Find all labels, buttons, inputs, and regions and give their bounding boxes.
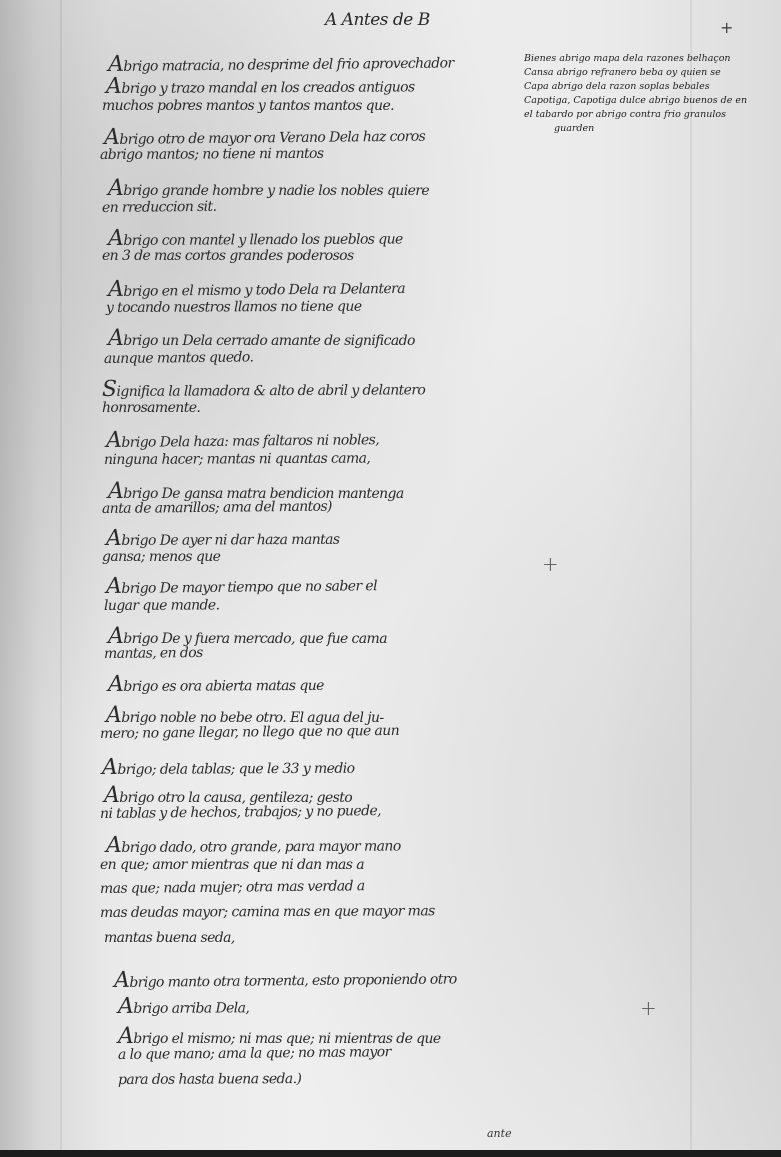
entry-continuation-line: lugar que mande. xyxy=(104,597,219,614)
entry-headword-line: Significa la llamadora & alto de abril y… xyxy=(102,375,425,402)
entry-continuation-line: a lo que mano; ama la que; no mas mayor xyxy=(118,1044,391,1063)
margin-note-line: el tabardo por abrigo contra frio granul… xyxy=(524,108,779,122)
margin-note: Bienes abrigo mapa dela razones belhaçon… xyxy=(524,52,779,136)
manuscript-page: A Antes de B + Bienes abrigo mapa dela r… xyxy=(0,0,781,1150)
page-header: A Antes de B xyxy=(325,10,430,30)
cross-mark-icon: + xyxy=(542,552,559,576)
paper-fold xyxy=(690,0,692,1150)
entry-continuation-line: para dos hasta buena seda.) xyxy=(118,1071,301,1088)
entry-continuation-line: y tocando nuestros llamos no tiene que xyxy=(106,299,362,316)
entry-continuation-line: mantas buena seda, xyxy=(104,930,235,946)
entry-continuation-line: aunque mantos quedo. xyxy=(104,349,253,367)
margin-note-line: guarden xyxy=(524,122,779,136)
entry-continuation-line: abrigo mantos; no tiene ni mantos xyxy=(100,146,324,163)
entry-continuation-line: honrosamente. xyxy=(102,400,200,416)
entry-continuation-line: en que; amor mientras que ni dan mas a xyxy=(100,857,364,873)
entry-continuation-line: ni tablas y de hechos, trabajos; y no pu… xyxy=(100,803,381,822)
margin-note-line: Cansa abrigo refranero beba oy quien se xyxy=(524,66,779,80)
entry-headword-line: Abrigo arriba Dela, xyxy=(118,993,249,1019)
margin-note-line: Capotiga, Capotiga dulce abrigo buenos d… xyxy=(524,94,779,108)
margin-note-line: Bienes abrigo mapa dela razones belhaçon xyxy=(524,52,779,66)
entry-headword-line: Abrigo dado, otro grande, para mayor man… xyxy=(106,831,401,858)
margin-note-line: Capa abrigo dela razon soplas bebales xyxy=(524,80,779,94)
entry-continuation-line: mas deudas mayor; camina mas en que mayo… xyxy=(100,903,435,921)
corner-cross-mark: + xyxy=(720,18,733,37)
entry-headword-line: Abrigo es ora abierta matas que xyxy=(108,671,324,697)
entry-continuation-line: anta de amarillos; ama del mantos) xyxy=(102,499,332,517)
entry-continuation-line: ninguna hacer; mantas ni quantas cama, xyxy=(104,451,370,468)
entry-headword-line: Abrigo De mayor tiempo que no saber el xyxy=(106,571,377,599)
entry-continuation-line: en 3 de mas cortos grandes poderosos xyxy=(102,248,354,264)
entry-continuation-line: en rreduccion sit. xyxy=(102,199,217,216)
entry-continuation-line: muchos pobres mantos y tantos mantos que… xyxy=(102,98,394,114)
entry-continuation-line: mas que; nada mujer; otra mas verdad a xyxy=(100,878,365,897)
entry-headword-line: Abrigo grande hombre y nadie los nobles … xyxy=(108,176,429,201)
entry-headword-line: Abrigo un Dela cerrado amante de signifi… xyxy=(108,326,415,351)
entry-headword-line: Abrigo y trazo mandal en los creados ant… xyxy=(106,72,415,99)
entry-headword-line: Abrigo Dela haza: mas faltaros ni nobles… xyxy=(106,425,379,453)
entry-headword-line: Abrigo; dela tablas; que le 33 y medio xyxy=(102,754,355,780)
catchword: ante xyxy=(487,1127,512,1140)
entry-continuation-line: mantas, en dos xyxy=(104,645,203,662)
entry-headword-line: Abrigo De ayer ni dar haza mantas xyxy=(106,525,340,551)
cross-mark-icon: + xyxy=(640,996,657,1020)
entry-continuation-line: mero; no gane llegar, no llego que no qu… xyxy=(100,723,399,742)
entry-continuation-line: gansa; menos que xyxy=(102,549,220,565)
entry-headword-line: Abrigo manto otra tormenta, esto proponi… xyxy=(114,964,457,993)
paper-fold xyxy=(60,0,62,1150)
scan-edge xyxy=(0,1150,781,1157)
